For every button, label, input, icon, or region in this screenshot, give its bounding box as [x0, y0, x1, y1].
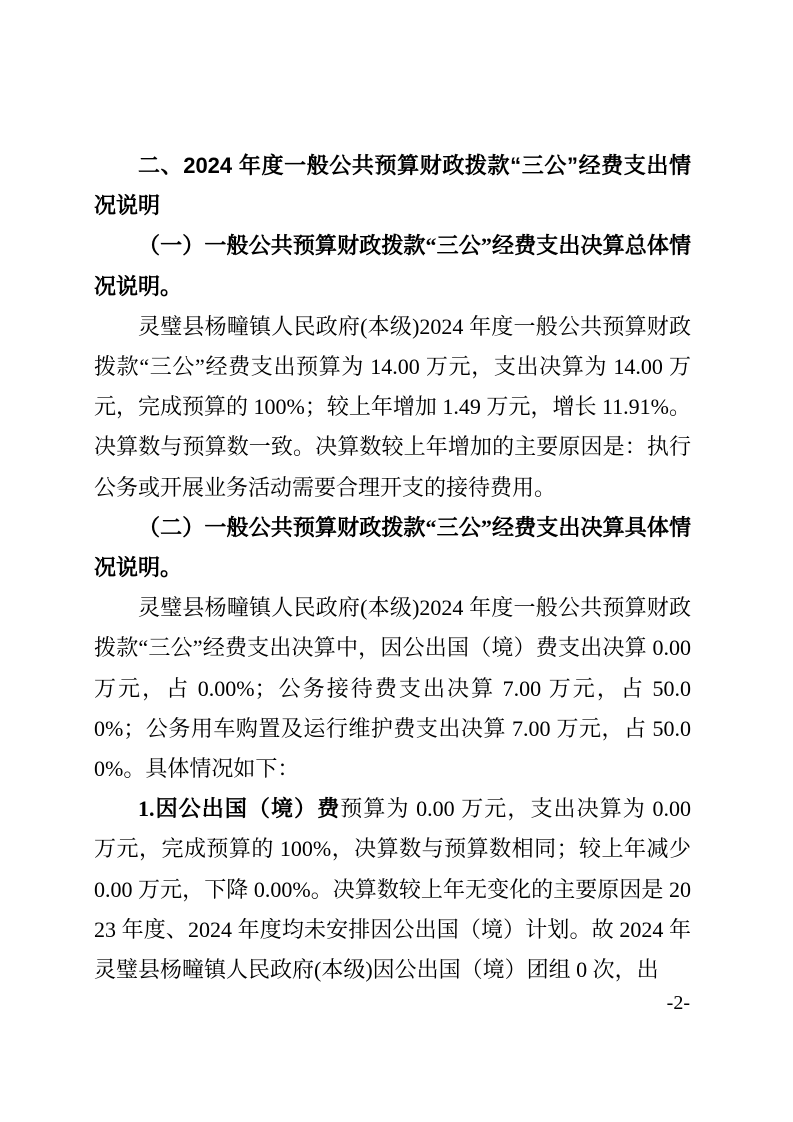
- item1-label: 1.因公出国（境）费: [138, 796, 340, 821]
- section2-heading: （二）一般公共预算财政拨款“三公”经费支出决算具体情况说明。: [94, 508, 691, 588]
- section1-heading: （一）一般公共预算财政拨款“三公”经费支出决算总体情况说明。: [94, 226, 691, 306]
- document-page: 二、2024 年度一般公共预算财政拨款“三公”经费支出情况说明 （一）一般公共预…: [0, 0, 793, 1122]
- item1-paragraph: 1.因公出国（境）费预算为 0.00 万元，支出决算为 0.00 万元，完成预算…: [94, 789, 691, 990]
- page-number: -2-: [667, 991, 690, 1015]
- main-heading: 二、2024 年度一般公共预算财政拨款“三公”经费支出情况说明: [94, 146, 691, 226]
- item1-text: 预算为 0.00 万元，支出决算为 0.00 万元，完成预算的 100%，决算数…: [94, 796, 691, 982]
- document-content: 二、2024 年度一般公共预算财政拨款“三公”经费支出情况说明 （一）一般公共预…: [94, 146, 691, 990]
- section1-paragraph: 灵璧县杨疃镇人民政府(本级)2024 年度一般公共预算财政拨款“三公”经费支出预…: [94, 307, 691, 508]
- section2-paragraph: 灵璧县杨疃镇人民政府(本级)2024 年度一般公共预算财政拨款“三公”经费支出决…: [94, 588, 691, 789]
